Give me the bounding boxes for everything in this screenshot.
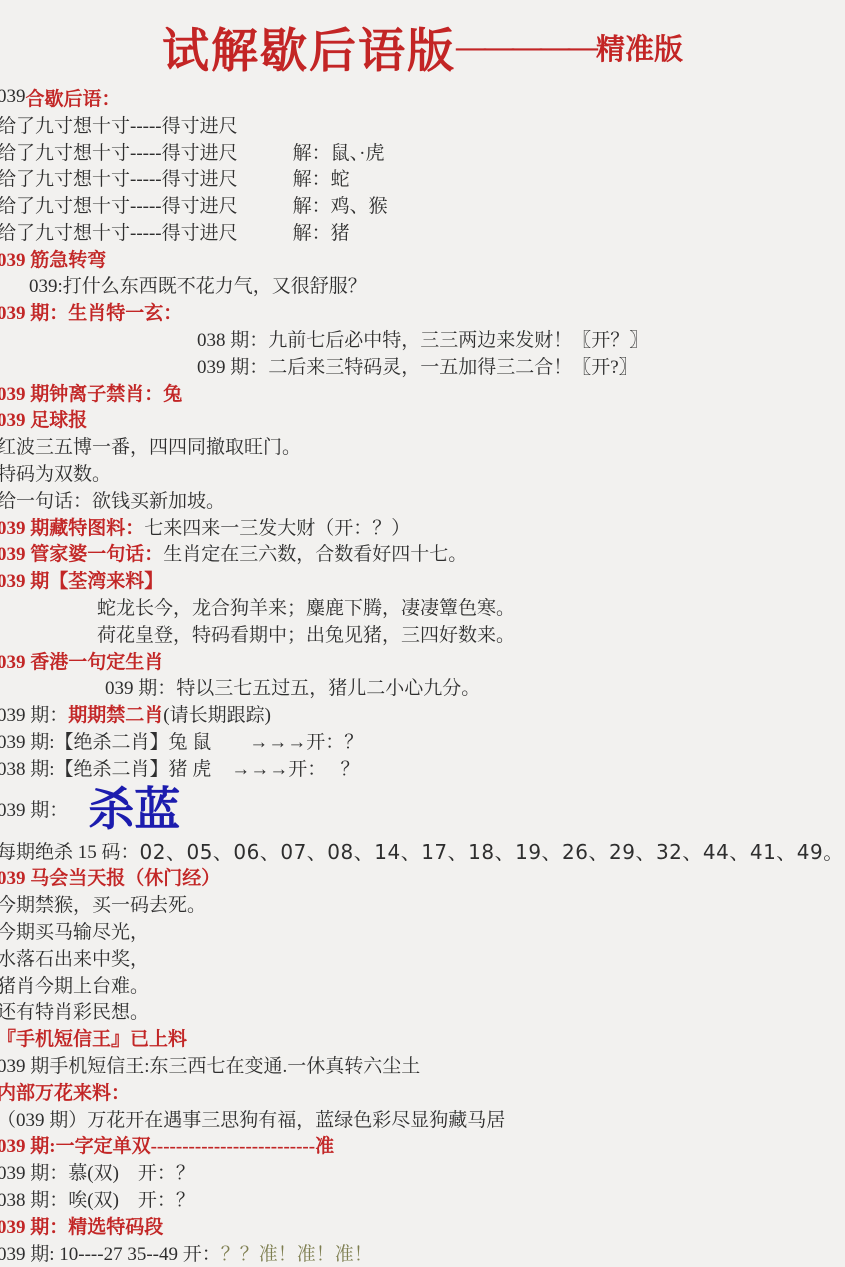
text-line: 039:打什么东西既不花力气，又很舒服？: [0, 272, 845, 299]
text-segment: →→→开： ？: [231, 754, 359, 781]
text-segment: 给了九寸想十寸-----得寸进尺: [0, 138, 238, 165]
text-segment: 039: [0, 86, 26, 108]
text-segment: 039 期：精选特码段: [0, 1212, 163, 1239]
text-segment: 给了九寸想十寸-----得寸进尺: [0, 218, 238, 245]
text-segment: 红波三五博一番，四四同撤取旺门。: [0, 432, 301, 459]
text-segment: （039 期）万花开在遇事三思狗有福，蓝绿色彩尽显狗藏马居: [0, 1105, 505, 1132]
text-line: 038 期:【绝杀二肖】猪 虎→→→开： ？: [0, 754, 845, 781]
text-line: 038 期：九前七后必中特，三三两边来发财！〖开？〗: [0, 325, 845, 352]
text-line: 039 期：精选特码段: [0, 1212, 845, 1239]
text-line: 荷花皇登，特码看期中；出兔见猪，三四好数来。: [0, 620, 845, 647]
text-line: 039 足球报: [0, 406, 845, 433]
text-line: 今期禁猴，买一码去死。: [0, 890, 845, 917]
text-segment: 039 期手机短信王:东三西七在变通.一休真转六尘土: [0, 1051, 420, 1078]
text-line: 039 期【荃湾来料】: [0, 566, 845, 593]
text-segment: 039:打什么东西既不花力气，又很舒服？: [29, 271, 367, 298]
text-segment: 039 期:一字定单双--------------------------准: [0, 1131, 334, 1158]
text-segment: 荷花皇登，特码看期中；出兔见猪，三四好数来。: [97, 620, 515, 647]
title-dash: —————: [456, 31, 596, 64]
text-line: 039 期手机短信王:东三西七在变通.一休真转六尘土: [0, 1051, 845, 1078]
text-segment: 给了九寸想十寸-----得寸进尺: [0, 191, 238, 218]
text-segment: 038 期:【绝杀二肖】猪 虎: [0, 754, 211, 781]
text-line: 每期绝杀 15 码：02、05、06、07、08、14、17、18、19、26、…: [0, 837, 845, 864]
text-line: 039 期：二后来三特码灵，一五加得三二合！〖开?〗: [0, 352, 845, 379]
title-edition: 精准版: [596, 34, 683, 66]
text-segment: 内部万花来料：: [0, 1078, 130, 1105]
text-segment: 解：鼠、·虎: [293, 138, 385, 165]
text-segment: →→→开：？: [249, 727, 363, 754]
text-segment: 039 期：生肖特一玄：: [0, 298, 182, 325]
text-segment: 039 期：二后来三特码灵，一五加得三二合！〖开?〗: [197, 352, 638, 379]
text-line: 039 期藏特图料：七来四来一三发大财（开：？）: [0, 513, 845, 540]
text-line: 039 马会当天报（休门经）: [0, 864, 845, 891]
text-segment: 特码为双数。: [0, 459, 111, 486]
document-lines: 039 合歇后语：给了九寸想十寸-----得寸进尺给了九寸想十寸-----得寸进…: [0, 84, 845, 1265]
text-segment: 039 香港一句定生肖: [0, 647, 163, 674]
text-line: 039 期钟离子禁肖：兔: [0, 379, 845, 406]
text-line: 038 期：唉(双) 开：？: [0, 1185, 845, 1212]
text-segment: 合歇后语：: [26, 84, 121, 111]
text-segment: (请长期跟踪): [163, 700, 271, 727]
text-segment: 杀蓝: [88, 786, 180, 832]
text-line: 039 期：杀蓝: [0, 781, 845, 837]
text-line: 给了九寸想十寸-----得寸进尺解：鼠、·虎: [0, 138, 845, 165]
text-segment: 解：蛇: [293, 164, 350, 191]
text-segment: 039 足球报: [0, 405, 87, 432]
text-segment: 039 期: 10----27 35--49 开：: [0, 1239, 221, 1266]
text-line: 039 期: 10----27 35--49 开：？？准！准！准！: [0, 1239, 845, 1266]
text-segment: 039 期：: [0, 795, 68, 822]
text-line: 给一句话：欲钱买新加坡。: [0, 486, 845, 513]
text-segment: 039 期【荃湾来料】: [0, 566, 163, 593]
text-segment: 今期买马输尽光，: [0, 917, 149, 944]
text-segment: 039 管家婆一句话：: [0, 539, 163, 566]
text-line: 039 期：期期禁二肖(请长期跟踪): [0, 700, 845, 727]
text-segment: 猪肖今期上台难。: [0, 971, 149, 998]
text-segment: 蛇龙长今，龙合狗羊来；麋鹿下腾，凄凄簟色寒。: [97, 593, 515, 620]
text-line: 特码为双数。: [0, 459, 845, 486]
text-segment: 038 期：九前七后必中特，三三两边来发财！〖开？〗: [197, 325, 648, 352]
text-line: 039 期:一字定单双--------------------------准: [0, 1131, 845, 1158]
text-line: 水落石出来中奖，: [0, 944, 845, 971]
lottery-tip-sheet: 试解歇后语版—————精准版 039 合歇后语：给了九寸想十寸-----得寸进尺…: [0, 0, 845, 1267]
text-line: 039 期：慕(双) 开：？: [0, 1158, 845, 1185]
text-line: 内部万花来料：: [0, 1078, 845, 1105]
text-line: 给了九寸想十寸-----得寸进尺: [0, 111, 845, 138]
text-line: 『手机短信王』已上料: [0, 1024, 845, 1051]
text-segment: 039 期：特以三七五过五，猪儿二小心九分。: [105, 673, 480, 700]
text-segment: 期期禁二肖: [68, 700, 163, 727]
text-segment: 『手机短信王』已上料: [0, 1024, 187, 1051]
text-segment: 生肖定在三六数，合数看好四十七。: [163, 539, 467, 566]
text-line: （039 期）万花开在遇事三思狗有福，蓝绿色彩尽显狗藏马居: [0, 1105, 845, 1132]
text-segment: 039 期藏特图料：: [0, 513, 144, 540]
text-line: 猪肖今期上台难。: [0, 971, 845, 998]
text-segment: 给一句话：欲钱买新加坡。: [0, 486, 225, 513]
text-line: 039 期:【绝杀二肖】兔 鼠→→→开：？: [0, 727, 845, 754]
text-line: 蛇龙长今，龙合狗羊来；麋鹿下腾，凄凄簟色寒。: [0, 593, 845, 620]
text-line: 039 管家婆一句话：生肖定在三六数，合数看好四十七。: [0, 540, 845, 567]
text-line: 039 筋急转弯: [0, 245, 845, 272]
text-segment: 038 期：唉(双) 开：？: [0, 1185, 195, 1212]
text-line: 039 期：特以三七五过五，猪儿二小心九分。: [0, 674, 845, 701]
text-segment: 解：猪: [293, 218, 350, 245]
text-segment: 给了九寸想十寸-----得寸进尺: [0, 111, 238, 138]
text-segment: 039 期钟离子禁肖：兔: [0, 379, 182, 406]
page-title: 试解歇后语版: [162, 26, 456, 78]
text-segment: 每期绝杀 15 码：: [0, 837, 140, 864]
text-segment: 给了九寸想十寸-----得寸进尺: [0, 164, 238, 191]
text-line: 给了九寸想十寸-----得寸进尺解：蛇: [0, 164, 845, 191]
text-segment: 解：鸡、猴: [293, 191, 388, 218]
text-segment: 039 筋急转弯: [0, 245, 106, 272]
text-segment: 今期禁猴，买一码去死。: [0, 890, 206, 917]
text-segment: 039 期：: [0, 700, 68, 727]
text-segment: 02、05、06、07、08、14、17、18、19、26、29、32、44、4…: [140, 836, 844, 865]
text-segment: 水落石出来中奖，: [0, 944, 149, 971]
text-segment: 七来四来一三发大财（开：？）: [144, 513, 410, 540]
text-line: 还有特肖彩民想。: [0, 998, 845, 1025]
text-segment: 039 期:【绝杀二肖】兔 鼠: [0, 727, 211, 754]
text-line: 给了九寸想十寸-----得寸进尺解：猪: [0, 218, 845, 245]
text-line: 039 合歇后语：: [0, 84, 845, 111]
text-line: 今期买马输尽光，: [0, 917, 845, 944]
text-line: 039 期：生肖特一玄：: [0, 298, 845, 325]
text-line: 给了九寸想十寸-----得寸进尺解：鸡、猴: [0, 191, 845, 218]
page-header: 试解歇后语版—————精准版: [0, 0, 845, 84]
text-line: 039 香港一句定生肖: [0, 647, 845, 674]
text-segment: 039 马会当天报（休门经）: [0, 863, 220, 890]
text-segment: 039 期：慕(双) 开：？: [0, 1158, 195, 1185]
text-segment: 还有特肖彩民想。: [0, 997, 149, 1024]
text-segment: ？？准！准！准！: [221, 1239, 373, 1266]
text-line: 红波三五博一番，四四同撤取旺门。: [0, 432, 845, 459]
